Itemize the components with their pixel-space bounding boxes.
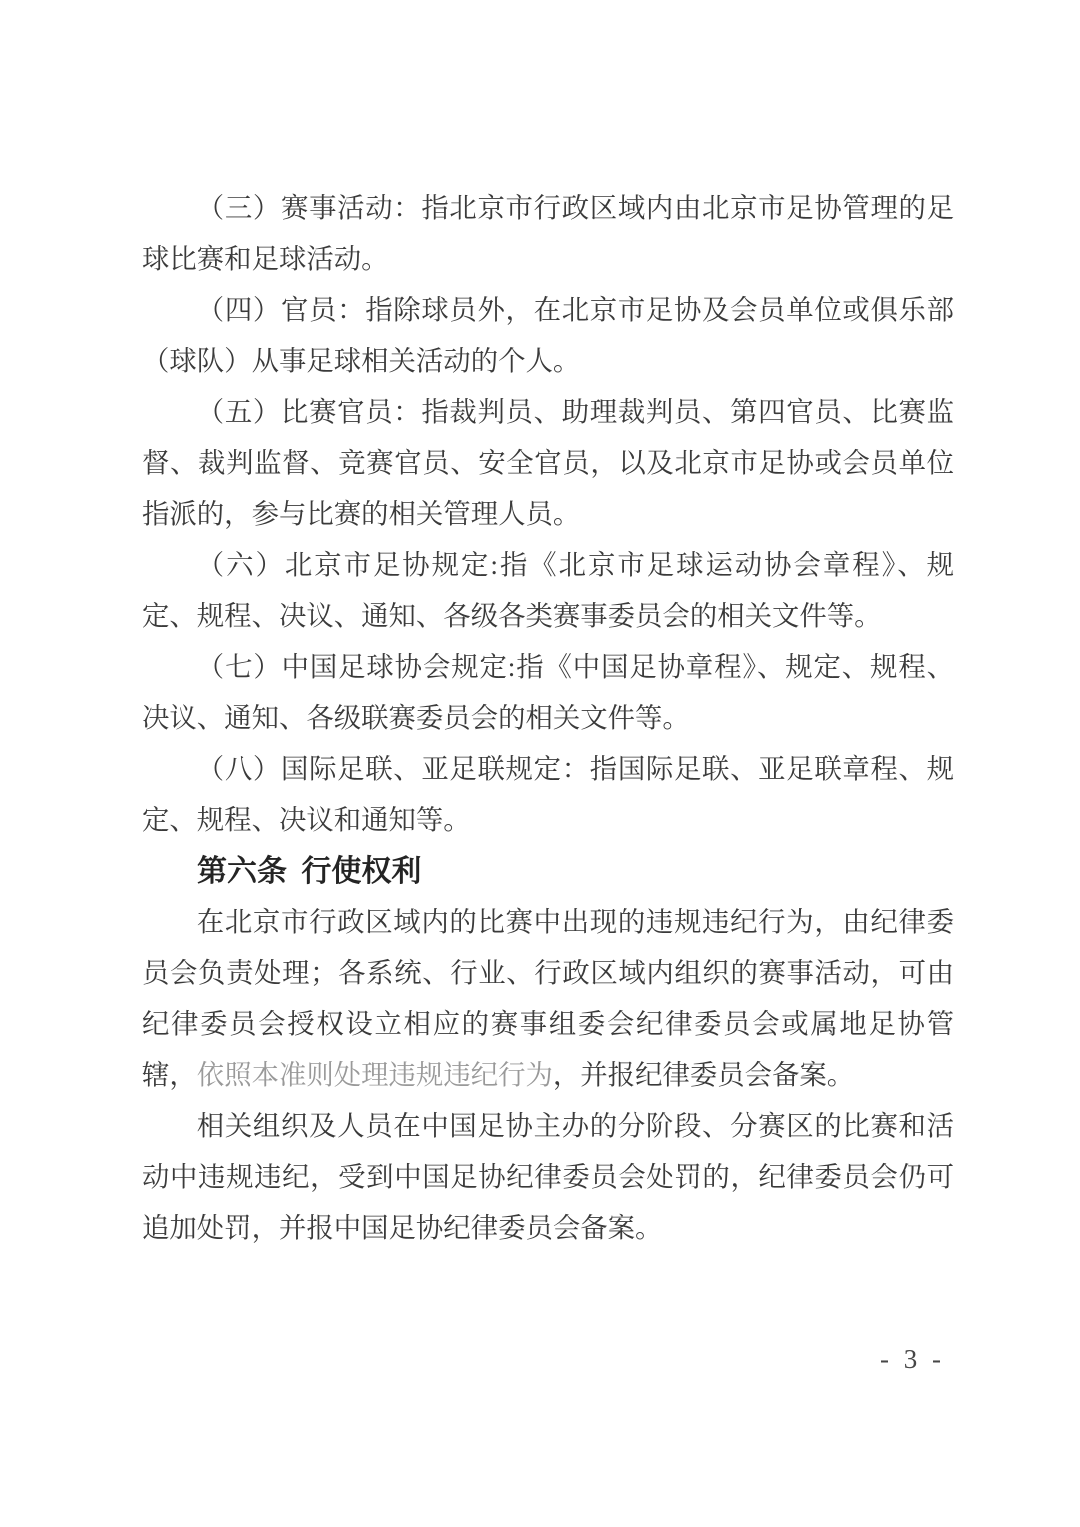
document-body: （三）赛事活动：指北京市行政区域内由北京市足协管理的足球比赛和足球活动。 （四）… (142, 183, 954, 1254)
definition-item-3: （三）赛事活动：指北京市行政区域内由北京市足协管理的足球比赛和足球活动。 (142, 183, 954, 285)
definition-item-4: （四）官员：指除球员外，在北京市足协及会员单位或俱乐部（球队）从事足球相关活动的… (142, 285, 954, 387)
document-page: （三）赛事活动：指北京市行政区域内由北京市足协管理的足球比赛和足球活动。 （四）… (0, 0, 1080, 1527)
article-6-paragraph-2: 相关组织及人员在中国足协主办的分阶段、分赛区的比赛和活动中违规违纪，受到中国足协… (142, 1101, 954, 1254)
article-6-paragraph-1: 在北京市行政区域内的比赛中出现的违规违纪行为，由纪律委员会负责处理；各系统、行业… (142, 897, 954, 1101)
article-6-heading: 第六条 行使权利 (142, 846, 954, 897)
article-6-paragraph-1-faded-phrase: 依照本准则处理违规违纪行为 (197, 1060, 553, 1090)
definition-item-7: （七）中国足球协会规定:指《中国足协章程》、规定、规程、决议、通知、各级联赛委员… (142, 642, 954, 744)
definition-item-6: （六）北京市足协规定:指《北京市足球运动协会章程》、规定、规程、决议、通知、各级… (142, 540, 954, 642)
article-6-paragraph-1-suffix: ，并报纪律委员会备案。 (553, 1060, 854, 1090)
definition-item-5: （五）比赛官员：指裁判员、助理裁判员、第四官员、比赛监督、裁判监督、竞赛官员、安… (142, 387, 954, 540)
page-number: - 3 - (880, 1344, 945, 1375)
definition-item-8: （八）国际足联、亚足联规定：指国际足联、亚足联章程、规定、规程、决议和通知等。 (142, 744, 954, 846)
